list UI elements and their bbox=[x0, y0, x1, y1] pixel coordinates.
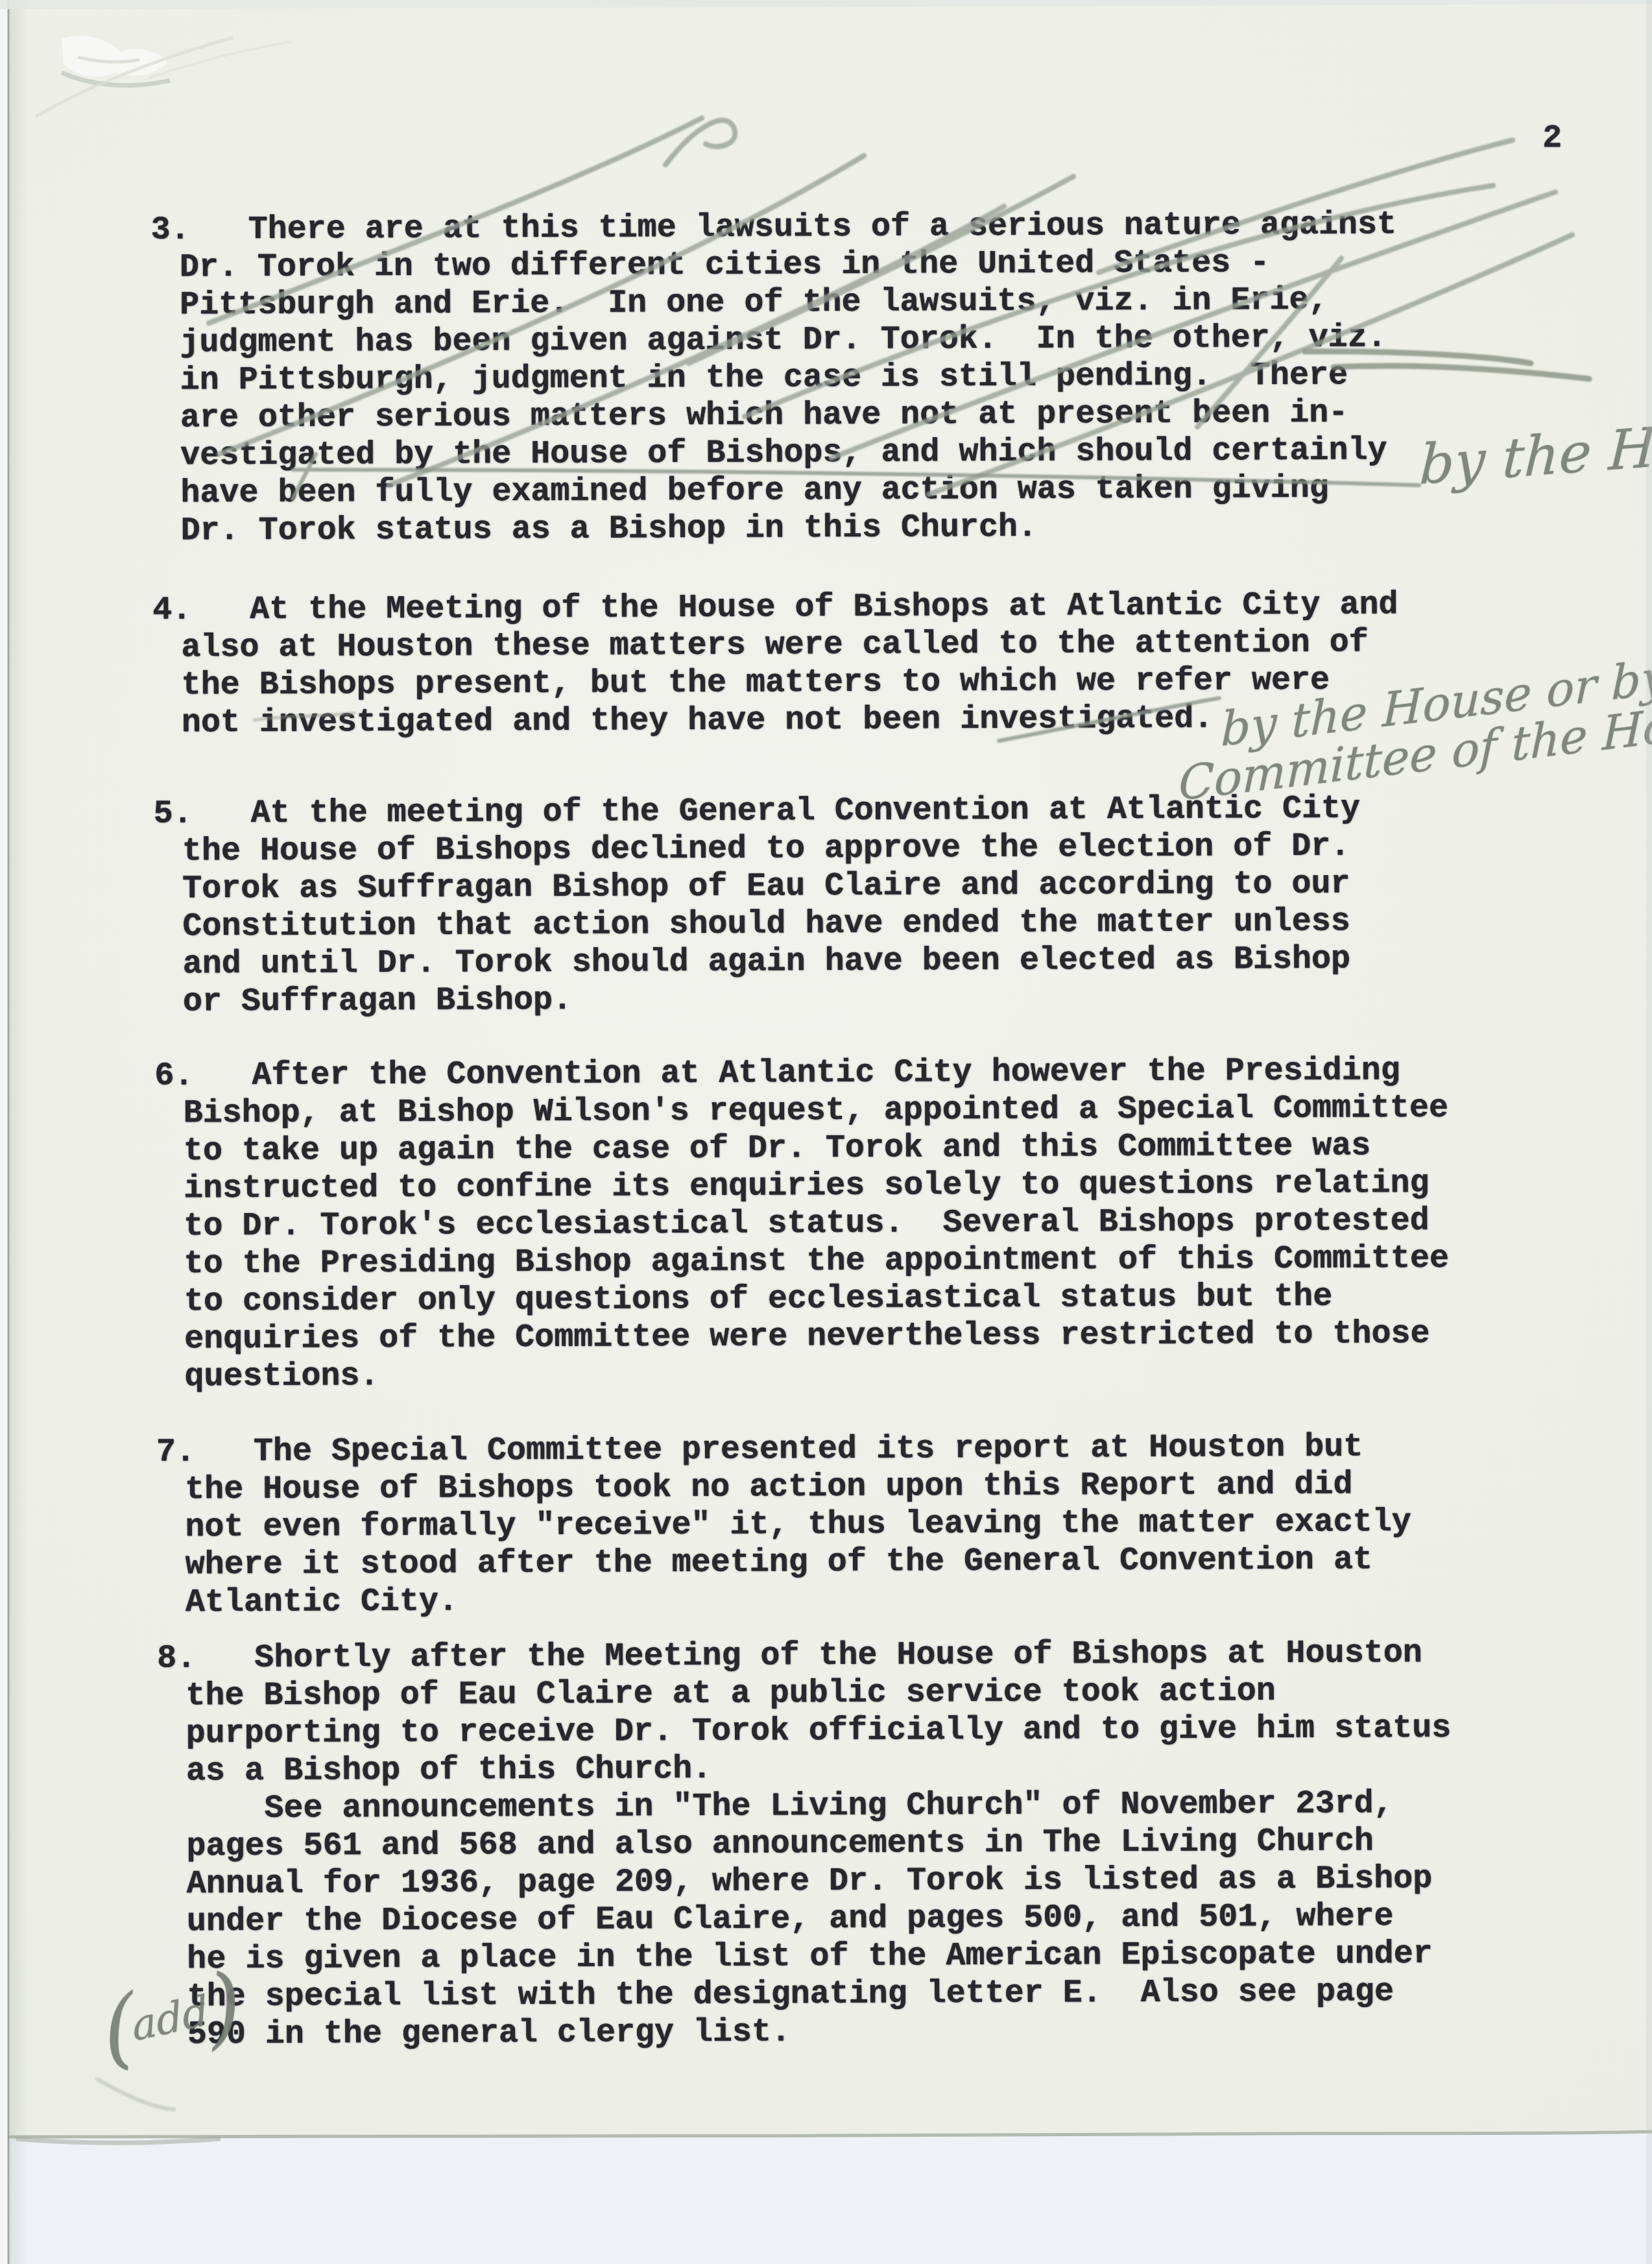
paper-sheet: 2 3. There are at this time lawsuits of … bbox=[0, 0, 1652, 2264]
paragraph-6: 6. After the Convention at Atlantic City… bbox=[183, 1052, 1450, 1397]
paragraph-3: 3. There are at this time lawsuits of a … bbox=[180, 206, 1398, 550]
paragraph-4: 4. At the Meeting of the House of Bishop… bbox=[181, 586, 1398, 742]
paragraph-7: 7. The Special Committee presented its r… bbox=[185, 1428, 1412, 1622]
add-word: add bbox=[129, 1987, 211, 2051]
paragraph-8: 8. Shortly after the Meeting of the Hous… bbox=[186, 1635, 1452, 2054]
paragraph-5: 5. At the meeting of the General Convent… bbox=[182, 790, 1361, 1021]
scanned-document-page: 2 3. There are at this time lawsuits of … bbox=[0, 0, 1652, 2264]
handwritten-note-add: (add) bbox=[98, 1960, 243, 2075]
handwritten-margin-note-by-the-house: by the House bbox=[1419, 406, 1652, 497]
page-number: 2 bbox=[1542, 120, 1562, 158]
